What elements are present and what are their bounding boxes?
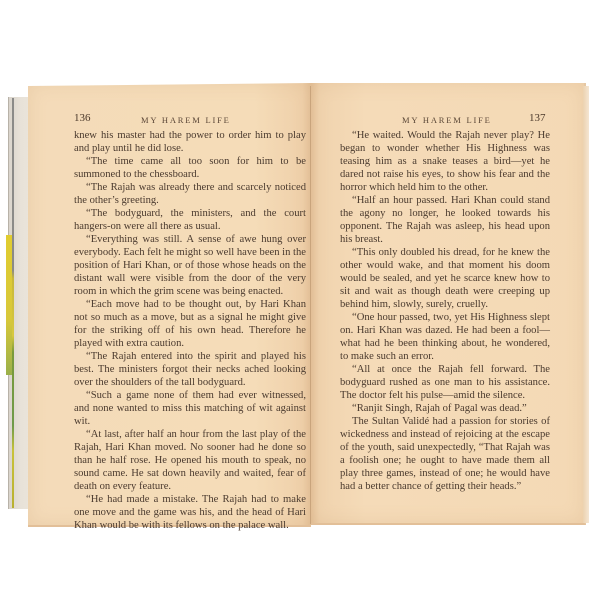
left-paragraph: “At last, after half an hour from the la… [74, 428, 306, 493]
right-page-text: “He waited. Would the Rajah never play? … [340, 129, 550, 493]
left-paragraph: “The bodyguard, the ministers, and the c… [74, 207, 306, 233]
right-folio: 137 [529, 112, 546, 124]
left-paragraph: “The Rajah entered into the spirit and p… [74, 350, 306, 389]
left-paragraph: “Such a game none of them had ever witne… [74, 389, 306, 428]
left-paragraph: “Each move had to be thought out, by Har… [74, 298, 306, 350]
right-paragraph: The Sultan Validé had a passion for stor… [340, 415, 550, 493]
left-folio: 136 [74, 112, 91, 124]
right-paragraph: “Half an hour passed. Hari Khan could st… [340, 194, 550, 246]
left-paragraph: knew his master had the power to order h… [74, 129, 306, 155]
right-page-edge [583, 86, 589, 523]
left-page-text: knew his master had the power to order h… [74, 129, 306, 532]
right-paragraph: “One hour passed, two, yet His Highness … [340, 311, 550, 363]
right-paragraph: “All at once the Rajah fell forward. The… [340, 363, 550, 402]
right-paragraph: “He waited. Would the Rajah never play? … [340, 129, 550, 194]
left-paragraph: “Everything was still. A sense of awe hu… [74, 233, 306, 298]
left-paragraph: “The Rajah was already there and scarcel… [74, 181, 306, 207]
right-running-head: MY HAREM LIFE [402, 115, 492, 125]
left-paragraph: “He had made a mistake. The Rajah had to… [74, 493, 306, 532]
left-paragraph: “The time came all too soon for him to b… [74, 155, 306, 181]
right-paragraph: “Ranjit Singh, Rajah of Pagal was dead.” [340, 402, 550, 415]
right-paragraph: “This only doubled his dread, for he kne… [340, 246, 550, 311]
cover-spine-stripe [12, 98, 14, 508]
book-gutter [310, 86, 311, 524]
left-running-head: MY HAREM LIFE [141, 115, 231, 125]
